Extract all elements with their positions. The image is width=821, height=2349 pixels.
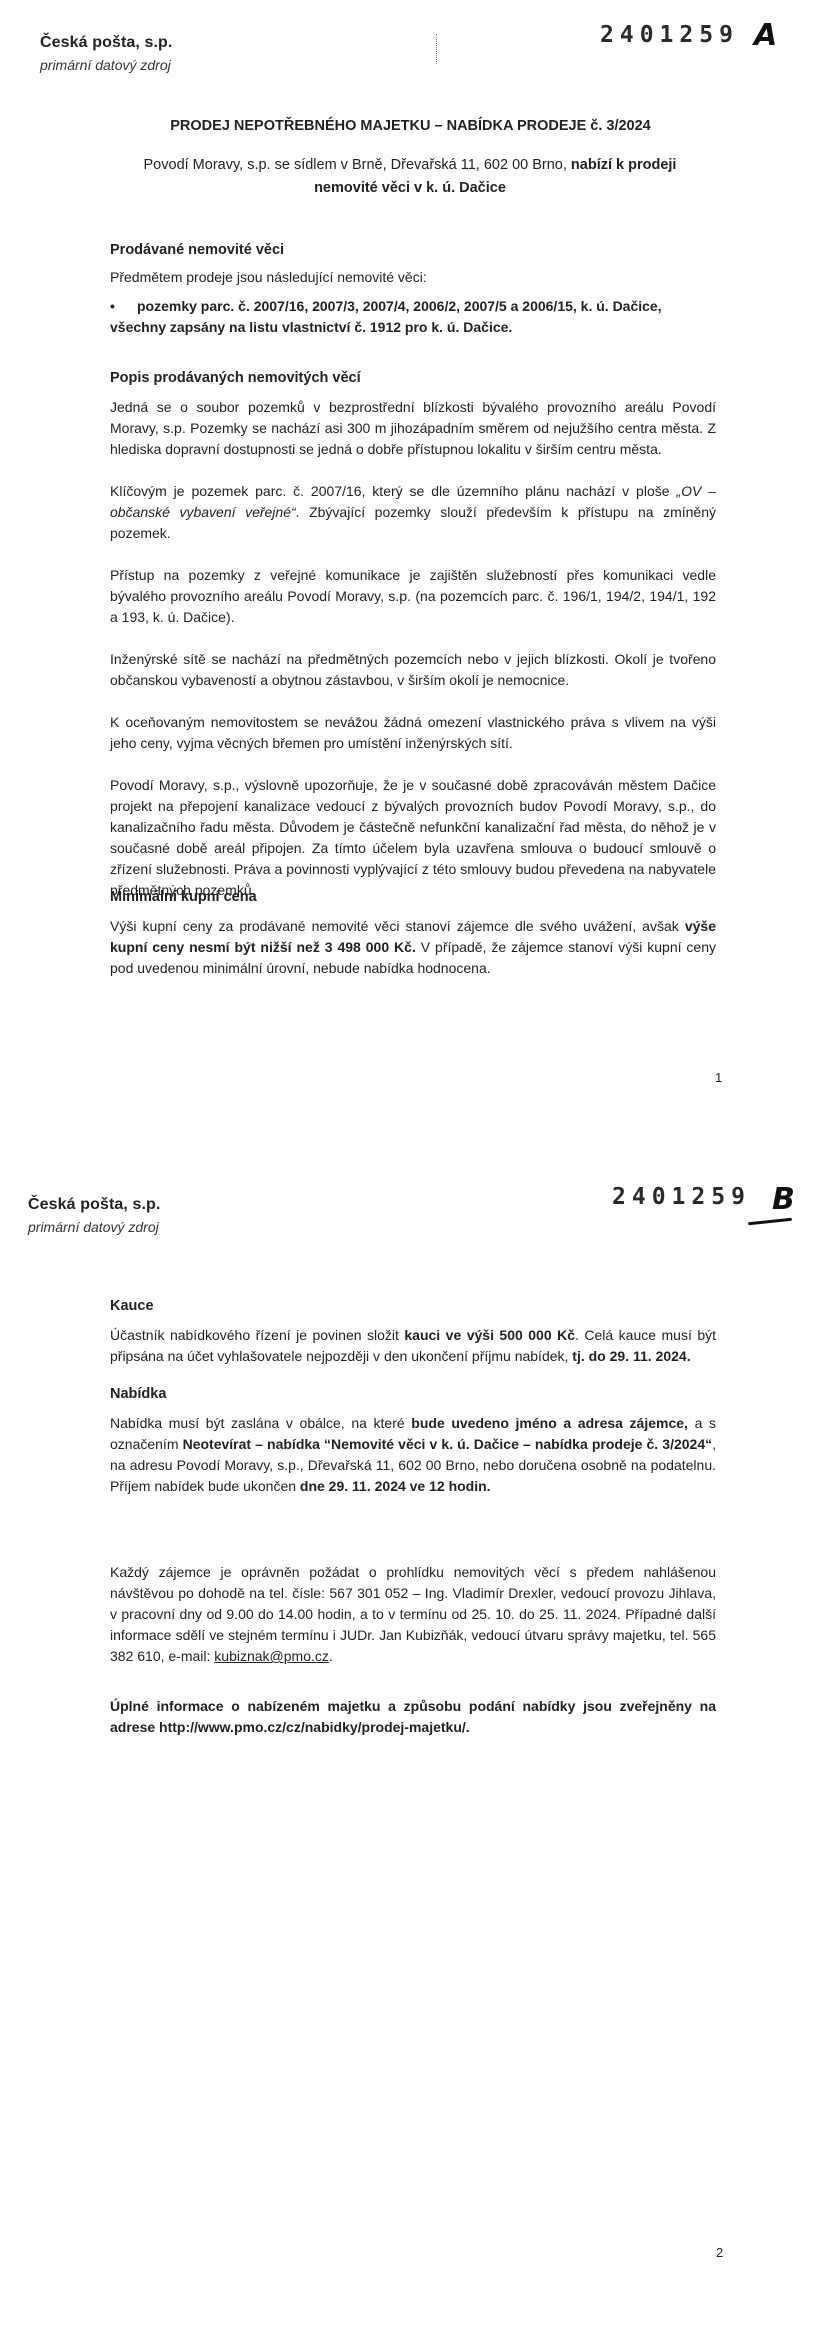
sender-block: Česká pošta, s.p. primární datový zdroj xyxy=(28,1196,160,1235)
popis-paragraph-5: K oceňovaným nemovitostem se nevážou žád… xyxy=(110,712,716,754)
section-nabidka: Nabídka Nabídka musí být zaslána v obálc… xyxy=(110,1384,716,1497)
section-prodavane: Prodávané nemovité věci Předmětem prodej… xyxy=(110,240,716,338)
parcel-list-item: •pozemky parc. č. 2007/16, 2007/3, 2007/… xyxy=(110,296,716,338)
envelope-label: Neotevírat – nabídka “Nemovité věci v k.… xyxy=(183,1436,713,1452)
bold-span: bude uvedeno jméno a adresa zájemce, xyxy=(411,1415,688,1431)
section-heading: Minimální kupní cena xyxy=(110,887,716,908)
prohlidka-paragraph: Každý zájemce je oprávněn požádat o proh… xyxy=(110,1562,716,1667)
section-lead: Předmětem prodeje jsou následující nemov… xyxy=(110,267,716,288)
registry-stamp-letter: B xyxy=(772,1182,795,1217)
cena-paragraph: Výši kupní ceny za prodávané nemovité vě… xyxy=(110,916,716,979)
sender-subtitle: primární datový zdroj xyxy=(28,1219,160,1235)
popis-paragraph-6: Povodí Moravy, s.p., výslovně upozorňuje… xyxy=(110,775,716,901)
section-kauce: Kauce Účastník nabídkového řízení je pov… xyxy=(110,1296,716,1367)
popis-paragraph-1: Jedná se o soubor pozemků v bezprostředn… xyxy=(110,397,716,460)
section-info: Úplné informace o nabízeném majetku a zp… xyxy=(110,1696,716,1738)
deposit-deadline: tj. do 29. 11. 2024. xyxy=(572,1348,690,1364)
popis-paragraph-3: Přístup na pozemky z veřejné komunikace … xyxy=(110,565,716,628)
registry-stamp-number: 2401259 xyxy=(600,22,739,48)
intro-paragraph: Povodí Moravy, s.p. se sídlem v Brně, Dř… xyxy=(110,154,710,200)
text-span: Klíčovým je pozemek parc. č. 2007/16, kt… xyxy=(110,483,676,499)
section-heading: Nabídka xyxy=(110,1384,716,1405)
sender-name: Česká pošta, s.p. xyxy=(28,1196,160,1214)
intro-text: Povodí Moravy, s.p. se sídlem v Brně, Dř… xyxy=(144,157,571,173)
page-number: 1 xyxy=(715,1070,722,1085)
section-heading: Kauce xyxy=(110,1296,716,1317)
registry-stamp-letter: A xyxy=(754,18,777,53)
text-span: Každý zájemce je oprávněn požádat o proh… xyxy=(110,1564,716,1664)
text-span: . xyxy=(329,1648,333,1664)
section-cena: Minimální kupní cena Výši kupní ceny za … xyxy=(110,887,716,979)
section-heading: Popis prodávaných nemovitých věcí xyxy=(110,368,716,389)
sender-name: Česká pošta, s.p. xyxy=(40,34,172,52)
text-span: Nabídka musí být zaslána v obálce, na kt… xyxy=(110,1415,411,1431)
kauce-paragraph: Účastník nabídkového řízení je povinen s… xyxy=(110,1325,716,1367)
section-prohlidka: Každý zájemce je oprávněn požádat o proh… xyxy=(110,1562,716,1667)
page-1: Česká pošta, s.p. primární datový zdroj … xyxy=(0,0,821,1170)
page-2: Česká pošta, s.p. primární datový zdroj … xyxy=(0,1170,821,2349)
scan-artifact xyxy=(436,34,440,64)
sender-block: Česká pošta, s.p. primární datový zdroj xyxy=(40,34,172,73)
nabidka-paragraph: Nabídka musí být zaslána v obálce, na kt… xyxy=(110,1413,716,1497)
email-link[interactable]: kubiznak@pmo.cz xyxy=(214,1648,329,1664)
text-span: Účastník nabídkového řízení je povinen s… xyxy=(110,1327,404,1343)
stamp-underline xyxy=(748,1218,792,1226)
deposit-amount: kauci ve výši 500 000 Kč xyxy=(404,1327,575,1343)
document-title: PRODEJ NEPOTŘEBNÉHO MAJETKU – NABÍDKA PR… xyxy=(0,118,821,134)
bullet-icon: • xyxy=(110,296,137,317)
parcel-list-text: pozemky parc. č. 2007/16, 2007/3, 2007/4… xyxy=(110,298,662,335)
registry-stamp-number: 2401259 xyxy=(612,1184,751,1210)
popis-paragraph-2: Klíčovým je pozemek parc. č. 2007/16, kt… xyxy=(110,481,716,544)
section-heading: Prodávané nemovité věci xyxy=(110,240,716,261)
section-popis: Popis prodávaných nemovitých věcí Jedná … xyxy=(110,368,716,901)
popis-paragraph-4: Inženýrské sítě se nachází na předmětnýc… xyxy=(110,649,716,691)
text-span: Výši kupní ceny za prodávané nemovité vě… xyxy=(110,918,685,934)
sender-subtitle: primární datový zdroj xyxy=(40,57,172,73)
offer-deadline: dne 29. 11. 2024 ve 12 hodin. xyxy=(300,1478,491,1494)
info-paragraph: Úplné informace o nabízeném majetku a zp… xyxy=(110,1696,716,1738)
page-number: 2 xyxy=(716,2245,723,2260)
